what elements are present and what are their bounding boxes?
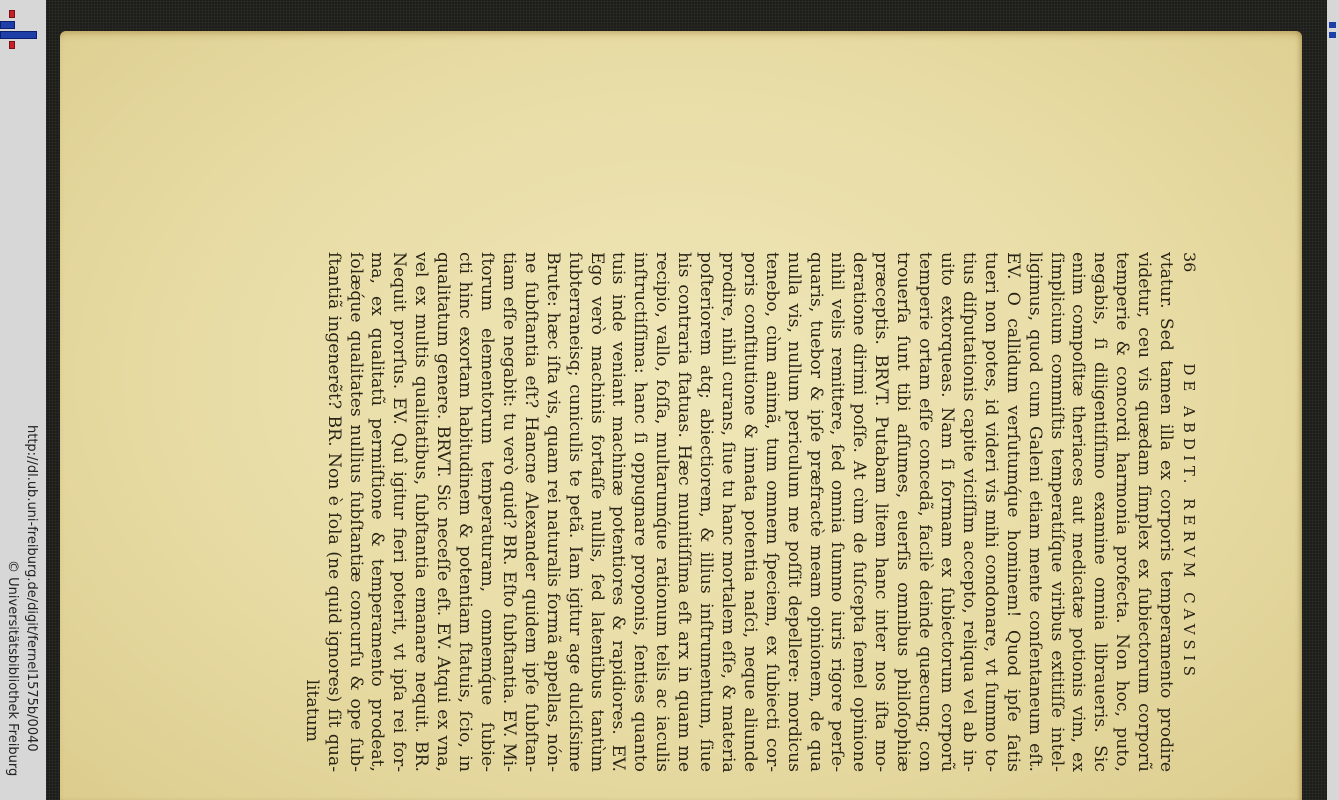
text-line: tius diſputationis capite viciſſim accep… [957,252,979,772]
text-line: negabis, ſi diligentiſſimo examine omnia… [1088,252,1110,772]
text-line: ma, ex qualitatũ permiſtione & temperame… [366,252,388,772]
page-number: 36 [1178,252,1200,272]
text-line: quaris, tuebor & ipſe præfractè meam opi… [804,252,826,772]
text-lines: vtatur. Sed tamen illa ex corporis tempe… [300,252,1176,772]
page-text: 36 DE ABDIT. RERVM CAVSIS vtatur. Sed ta… [300,252,1200,772]
text-line: nihil velis remittere, ſed omnia ſummo i… [826,252,848,772]
text-line: vtatur. Sed tamen illa ex corporis tempe… [1154,252,1176,772]
text-line: ſtantiã ingenerẽt? BR. Non è ſola (ne qu… [322,252,344,772]
text-line: Nequit prorſus. EV. Quî igitur fieri pot… [387,252,409,772]
permalink-url[interactable]: http://dl.ub.uni-freiburg.de/digit/ferne… [24,425,39,752]
text-line: uito extorqueas. Nam ſi formam ex ſubiec… [935,252,957,772]
text-line: tiam eſſe negabit: tu verò quid? BR. Eſt… [497,252,519,772]
text-line: deratione dirimi poſſe. At cùm de ſuſcep… [848,252,870,772]
text-line: ligimus, quod cum Galeni etiam mente con… [1023,252,1045,772]
logo-blue-bar-short [0,21,15,29]
text-line: ſubterraneisq; cuniculis te petã. Iam ig… [563,252,585,772]
text-line: prodire, nihil curans, ſiue tu hanc mort… [716,252,738,772]
text-line: EV. O callidum verſutumq́ue hominem! Quo… [1001,252,1023,772]
text-line: his contraria ſtatuas. Hæc munitiſſima e… [672,252,694,772]
text-line: tuis inde veniant machinæ potentiores & … [607,252,629,772]
viewer-right-margin [1327,0,1339,800]
text-line: vel ex multis qualitatibus, ſubſtantia e… [409,252,431,772]
viewer-left-margin: http://dl.ub.uni-freiburg.de/digit/ferne… [0,0,46,800]
text-line: recipio, vallo, foſſa, multarumq́ue rati… [650,252,672,772]
text-line: ſtorum elementorum temperaturam, omnemq́… [475,252,497,772]
logo-blue-bar-long [0,31,37,39]
text-line: ſimplicium commiſtis temperatíſque virib… [1045,252,1067,772]
text-line: trouerſa ſunt tibi aſſumes, euerſis omni… [891,252,913,772]
ub-freiburg-logo-icon[interactable] [0,0,46,50]
text-line: videtur, ceu vis quædam ſimplex ex ſubie… [1132,252,1154,772]
text-line: enim compoſitæ theriaces aut medicatæ po… [1067,252,1089,772]
text-line: ne ſubſtantia eſt? Hancne Alexander quid… [519,252,541,772]
text-line: temperie & concordi harmonia profecta. N… [1110,252,1132,772]
text-line: qualitatum genere. BRVT. Sic neceſſe eſt… [431,252,453,772]
running-title: DE ABDIT. RERVM CAVSIS [1177,272,1199,772]
text-line: poris conſtitutione & innata potentia na… [738,252,760,772]
logo-red-square-bottom [9,41,15,49]
text-line: Ego verò machinis fortaſſe nullis, ſed l… [585,252,607,772]
text-line: litatum [300,252,322,772]
copyright-notice: © Universitätsbibliothek Freiburg [5,560,20,776]
logo-red-square-top [9,10,15,18]
text-line: tenebo, cùm animã, tum omnem ſpeciem, ex… [760,252,782,772]
text-line: tueri non potes, id videri vis mihi cond… [979,252,1001,772]
text-line: nulla vis, nullum periculum me poſſit de… [782,252,804,772]
running-head: 36 DE ABDIT. RERVM CAVSIS [1177,252,1200,772]
text-line: præceptis. BRVT. Putabam litem hanc inte… [869,252,891,772]
text-line: cti hinc exortam habitudinem & potentiam… [453,252,475,772]
text-line: ſolæq́ue qualitates nullius ſubſtantiæ c… [344,252,366,772]
text-line: poſteriorem atq; abiectiorem, & illius i… [694,252,716,772]
text-line: inſtructiſſima: hanc ſi oppugnare propon… [628,252,650,772]
text-line: temperie ortam eſſe concedã, facilè dein… [913,252,935,772]
text-line: Brute: hæc iſta vis, quam rei naturalis … [541,252,563,772]
